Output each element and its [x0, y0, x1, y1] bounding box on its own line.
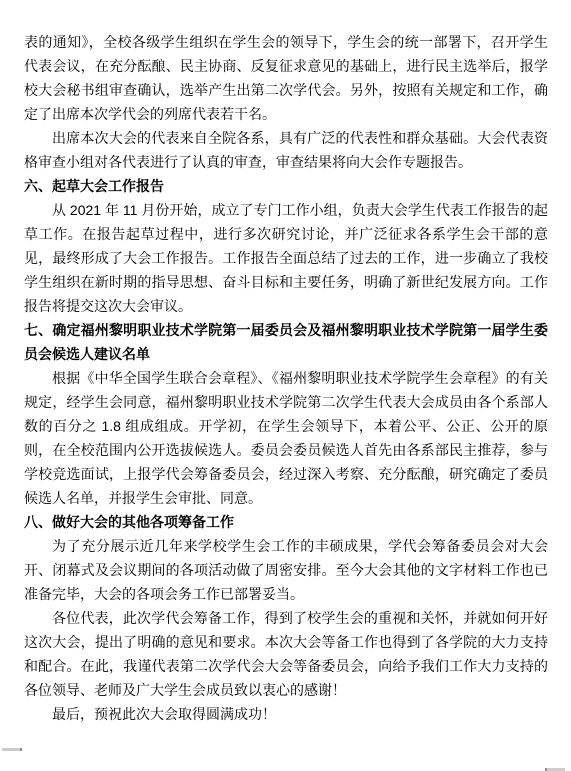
horizontal-scrollbar-fragment-left[interactable] [2, 748, 22, 751]
paragraph: 各位代表，此次学代会筹备工作，得到了校学生会的重视和关怀，并就如何开好这次大会，… [24, 606, 548, 702]
paragraph: 根据《中华全国学生联合会章程》、《福州黎明职业技术学院学生会章程》的有关规定，经… [24, 366, 548, 510]
scrollbar-tip [20, 748, 22, 751]
section-heading-7: 七、确定福州黎明职业技术学院第一届委员会及福州黎明职业技术学院第一届学生委员会候… [24, 318, 548, 366]
paragraph: 为了充分展示近几年来学校学生会工作的丰硕成果，学代会筹备委员会对大会开、闭幕式及… [24, 534, 548, 606]
section-heading-8: 八、做好大会的其他各项筹备工作 [24, 510, 548, 534]
paragraph: 出席本次大会的代表来自全院各系，具有广泛的代表性和群众基础。大会代表资格审查小组… [24, 126, 548, 174]
paragraph-continuation: 表的通知》，全校各级学生组织在学生会的领导下，学生会的统一部署下，召开学生代表会… [24, 30, 548, 126]
paragraph-closing: 最后，预祝此次大会取得圆满成功！ [24, 702, 548, 726]
document-page: 表的通知》，全校各级学生组织在学生会的领导下，学生会的统一部署下，召开学生代表会… [0, 0, 571, 771]
paragraph: 从 2021 年 11 月份开始，成立了专门工作小组，负责大会学生代表工作报告的… [24, 198, 548, 318]
section-heading-6: 六、起草大会工作报告 [24, 174, 548, 198]
document-body: 表的通知》，全校各级学生组织在学生会的领导下，学生会的统一部署下，召开学生代表会… [24, 30, 548, 726]
